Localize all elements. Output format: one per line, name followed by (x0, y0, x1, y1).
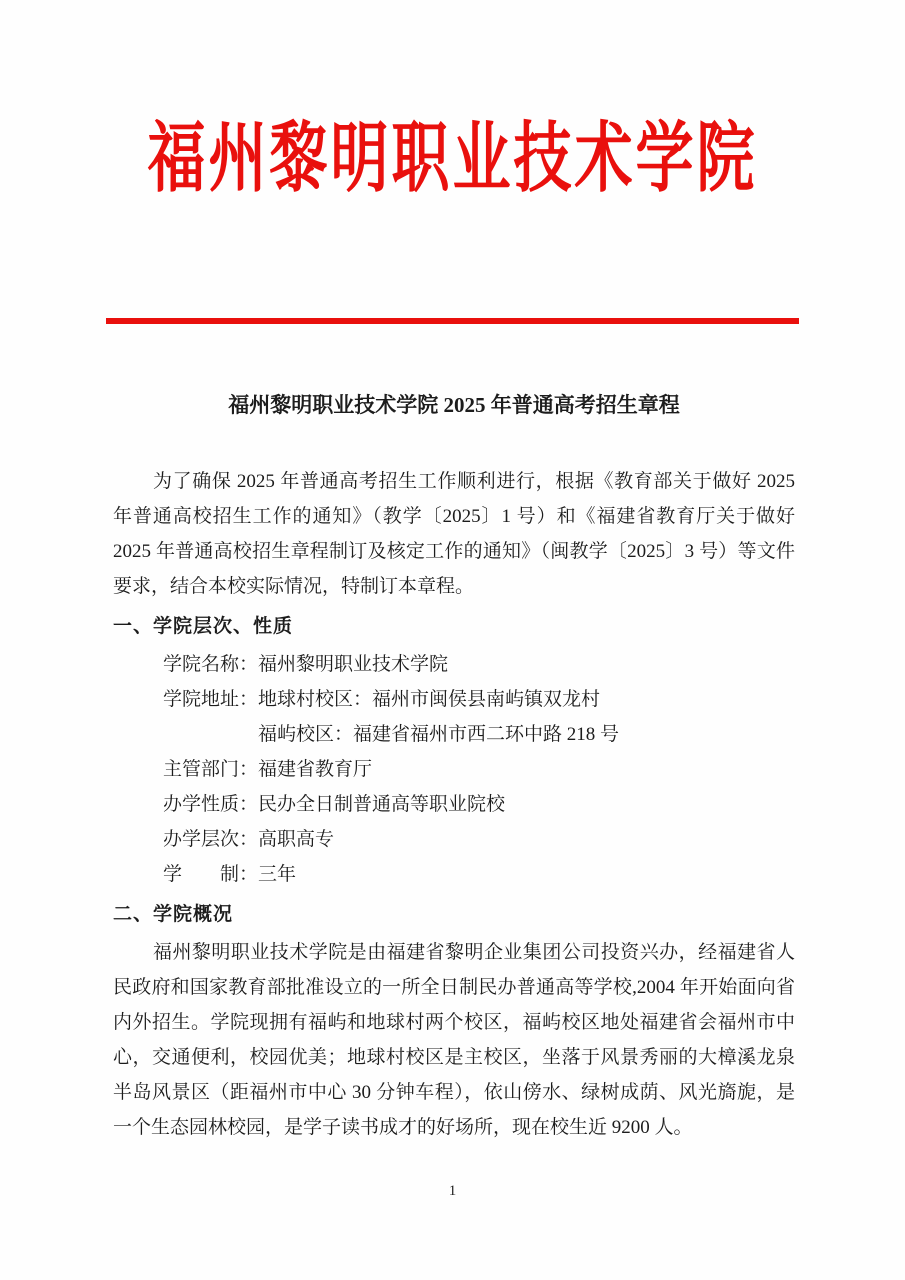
info-row-nature: 办学性质：民办全日制普通高等职业院校 (163, 787, 795, 822)
info-label-duration: 学 制： (163, 857, 258, 892)
info-row-duration: 学 制：三年 (163, 857, 795, 892)
info-label-nature: 办学性质： (163, 787, 258, 822)
info-label-level: 办学层次： (163, 822, 258, 857)
section-heading-2: 二、学院概况 (113, 897, 795, 932)
section-heading-1: 一、学院层次、性质 (113, 609, 795, 644)
info-label-address: 学院地址： (163, 682, 258, 752)
info-value-authority: 福建省教育厅 (258, 752, 372, 787)
info-list: 学院名称：福州黎明职业技术学院 学院地址： 地球村校区：福州市闽侯县南屿镇双龙村… (113, 647, 795, 892)
letterhead-rule (106, 318, 799, 324)
info-label-authority: 主管部门： (163, 752, 258, 787)
overview-paragraph: 福州黎明职业技术学院是由福建省黎明企业集团公司投资兴办，经福建省人民政府和国家教… (113, 935, 795, 1145)
letterhead-title: 福州黎明职业技术学院 (0, 96, 905, 207)
info-value-address-stack: 地球村校区：福州市闽侯县南屿镇双龙村 福屿校区：福建省福州市西二环中路 218 … (258, 682, 619, 752)
info-value-address-campus1: 地球村校区：福州市闽侯县南屿镇双龙村 (258, 682, 619, 717)
info-row-college-name: 学院名称：福州黎明职业技术学院 (163, 647, 795, 682)
info-value-duration: 三年 (258, 857, 296, 892)
info-label-college-name: 学院名称： (163, 647, 258, 682)
info-value-nature: 民办全日制普通高等职业院校 (258, 787, 505, 822)
info-row-authority: 主管部门：福建省教育厅 (163, 752, 795, 787)
page-number: 1 (449, 1183, 457, 1199)
info-value-college-name: 福州黎明职业技术学院 (258, 647, 448, 682)
info-value-level: 高职高专 (258, 822, 334, 857)
info-row-level: 办学层次：高职高专 (163, 822, 795, 857)
intro-paragraph: 为了确保 2025 年普通高考招生工作顺利进行，根据《教育部关于做好 2025 … (113, 464, 795, 604)
info-row-address: 学院地址： 地球村校区：福州市闽侯县南屿镇双龙村 福屿校区：福建省福州市西二环中… (163, 682, 795, 752)
document-body: 福州黎明职业技术学院 2025 年普通高考招生章程 为了确保 2025 年普通高… (113, 390, 795, 1145)
document-title: 福州黎明职业技术学院 2025 年普通高考招生章程 (113, 390, 795, 420)
page-footer: 1 (0, 1182, 905, 1200)
document-page: 福州黎明职业技术学院 福州黎明职业技术学院 2025 年普通高考招生章程 为了确… (0, 0, 905, 1280)
info-value-address-campus2: 福屿校区：福建省福州市西二环中路 218 号 (258, 717, 619, 752)
